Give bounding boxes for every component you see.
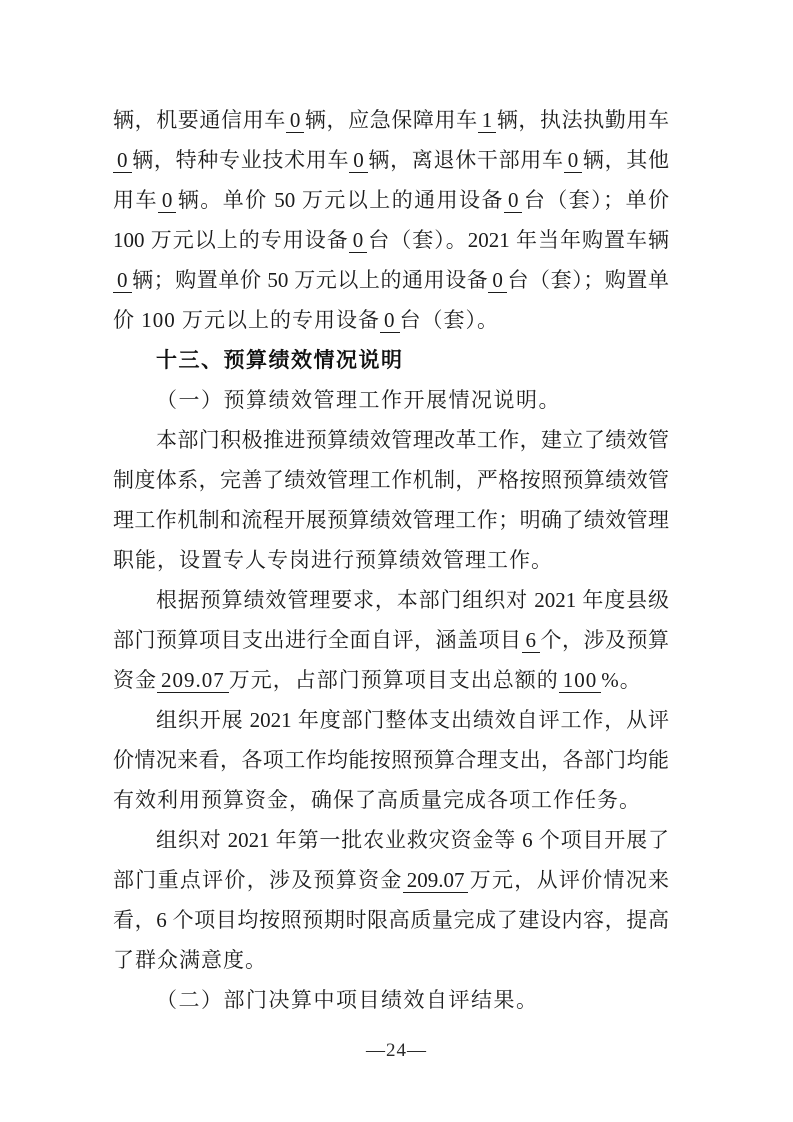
underlined-value: 0 xyxy=(158,188,177,213)
text-line: 职能，设置专人专岗进行预算绩效管理工作。 xyxy=(113,540,669,580)
text-segment: 价 100 万元以上的专用设备 xyxy=(113,308,380,332)
text-line: 制度体系，完善了绩效管理工作机制，严格按照预算绩效管 xyxy=(113,460,669,500)
text-line: 组织对 2021 年第一批农业救灾资金等 6 个项目开展了 xyxy=(113,820,669,860)
underlined-value: 100 xyxy=(559,668,602,693)
text-segment: 辆，特种专业技术用车 xyxy=(132,148,350,172)
text-line: 有效利用预算资金，确保了高质量完成各项工作任务。 xyxy=(113,780,669,820)
page-footer: —24— xyxy=(0,1036,793,1066)
underlined-value: 0 xyxy=(113,268,132,293)
text-segment: 台（套）。2021 年当年购置车辆 xyxy=(367,228,669,252)
text-segment: 万元，从评价情况来 xyxy=(468,868,669,892)
text-segment: 辆，机要通信用车 xyxy=(113,108,286,132)
text-line: 了群众满意度。 xyxy=(113,940,669,980)
text-segment: 辆；购置单价 50 万元以上的通用设备 xyxy=(132,268,489,292)
text-segment: 部门重点评价，涉及预算资金 xyxy=(113,868,403,892)
text-segment: 本部门积极推进预算绩效管理改革工作，建立了绩效管 xyxy=(156,428,669,452)
underlined-value: 0 xyxy=(349,148,368,173)
text-line: 资金209.07万元，占部门预算项目支出总额的100%。 xyxy=(113,660,669,700)
text-segment: 台（套）。 xyxy=(400,308,500,332)
text-line: 根据预算绩效管理要求，本部门组织对 2021 年度县级 xyxy=(113,580,669,620)
text-segment: 有效利用预算资金，确保了高质量完成各项工作任务。 xyxy=(113,788,641,812)
text-segment: 制度体系，完善了绩效管理工作机制，严格按照预算绩效管 xyxy=(113,468,669,492)
text-line: 用车0辆。单价 50 万元以上的通用设备0台（套）；单价 xyxy=(113,180,669,220)
text-segment: 辆，其他 xyxy=(582,148,669,172)
text-segment: 十三、预算绩效情况说明 xyxy=(156,348,404,372)
text-segment: 辆。单价 50 万元以上的通用设备 xyxy=(176,188,504,212)
text-segment: 组织开展 2021 年度部门整体支出绩效自评工作，从评 xyxy=(156,708,669,732)
text-segment: 看，6 个项目均按照预期时限高质量完成了建设内容，提高 xyxy=(113,908,669,932)
text-line: 100 万元以上的专用设备0台（套）。2021 年当年购置车辆 xyxy=(113,220,669,260)
text-segment: 辆，应急保障用车 xyxy=(304,108,477,132)
text-segment: 资金 xyxy=(113,668,157,692)
text-segment: （二）部门决算中项目绩效自评结果。 xyxy=(156,988,539,1012)
page-number: —24— xyxy=(366,1040,427,1061)
text-segment: 台（套）；购置单 xyxy=(507,268,669,292)
text-line: 组织开展 2021 年度部门整体支出绩效自评工作，从评 xyxy=(113,700,669,740)
text-segment: 台（套）；单价 xyxy=(522,188,669,212)
text-segment: 个，涉及预算 xyxy=(540,628,669,652)
underlined-value: 0 xyxy=(504,188,523,213)
text-segment: 辆，执法执勤用车 xyxy=(496,108,669,132)
document-content: 辆，机要通信用车0辆，应急保障用车1辆，执法执勤用车0辆，特种专业技术用车0辆，… xyxy=(113,100,669,1020)
text-segment: 用车 xyxy=(113,188,158,212)
underlined-value: 0 xyxy=(380,308,400,333)
text-segment: 理工作机制和流程开展预算绩效管理工作；明确了绩效管理 xyxy=(113,508,669,532)
underlined-value: 209.07 xyxy=(403,868,469,893)
underlined-value: 1 xyxy=(478,108,497,133)
text-line: 部门重点评价，涉及预算资金209.07万元，从评价情况来 xyxy=(113,860,669,900)
text-line: 价情况来看，各项工作均能按照预算合理支出，各部门均能 xyxy=(113,740,669,780)
underlined-value: 209.07 xyxy=(157,668,229,693)
text-line: 0辆；购置单价 50 万元以上的通用设备0台（套）；购置单 xyxy=(113,260,669,300)
text-line: 辆，机要通信用车0辆，应急保障用车1辆，执法执勤用车 xyxy=(113,100,669,140)
text-line: （一）预算绩效管理工作开展情况说明。 xyxy=(113,380,669,420)
text-segment: 组织对 2021 年第一批农业救灾资金等 6 个项目开展了 xyxy=(156,828,669,852)
text-segment: 部门预算项目支出进行全面自评，涵盖项目 xyxy=(113,628,522,652)
underlined-value: 6 xyxy=(522,628,541,653)
underlined-value: 0 xyxy=(564,148,583,173)
text-segment: 职能，设置专人专岗进行预算绩效管理工作。 xyxy=(113,548,553,572)
document-page: 辆，机要通信用车0辆，应急保障用车1辆，执法执勤用车0辆，特种专业技术用车0辆，… xyxy=(0,0,793,1122)
text-line: 部门预算项目支出进行全面自评，涵盖项目6个，涉及预算 xyxy=(113,620,669,660)
underlined-value: 0 xyxy=(349,228,368,253)
text-line: 看，6 个项目均按照预期时限高质量完成了建设内容，提高 xyxy=(113,900,669,940)
text-segment: 100 万元以上的专用设备 xyxy=(113,228,349,252)
underlined-value: 0 xyxy=(286,108,305,133)
underlined-value: 0 xyxy=(113,148,132,173)
text-line: 理工作机制和流程开展预算绩效管理工作；明确了绩效管理 xyxy=(113,500,669,540)
text-line: （二）部门决算中项目绩效自评结果。 xyxy=(113,980,669,1020)
text-segment: 万元，占部门预算项目支出总额的 xyxy=(229,668,559,692)
text-line: 0辆，特种专业技术用车0辆，离退休干部用车0辆，其他 xyxy=(113,140,669,180)
text-segment: 辆，离退休干部用车 xyxy=(368,148,564,172)
text-segment: %。 xyxy=(601,668,642,692)
text-segment: （一）预算绩效管理工作开展情况说明。 xyxy=(156,388,561,412)
text-line: 本部门积极推进预算绩效管理改革工作，建立了绩效管 xyxy=(113,420,669,460)
text-segment: 根据预算绩效管理要求，本部门组织对 2021 年度县级 xyxy=(156,588,669,612)
section-heading-line: 十三、预算绩效情况说明 xyxy=(113,340,669,380)
text-segment: 了群众满意度。 xyxy=(113,948,267,972)
text-line: 价 100 万元以上的专用设备0台（套）。 xyxy=(113,300,669,340)
underlined-value: 0 xyxy=(488,268,507,293)
text-segment: 价情况来看，各项工作均能按照预算合理支出，各部门均能 xyxy=(113,748,669,772)
